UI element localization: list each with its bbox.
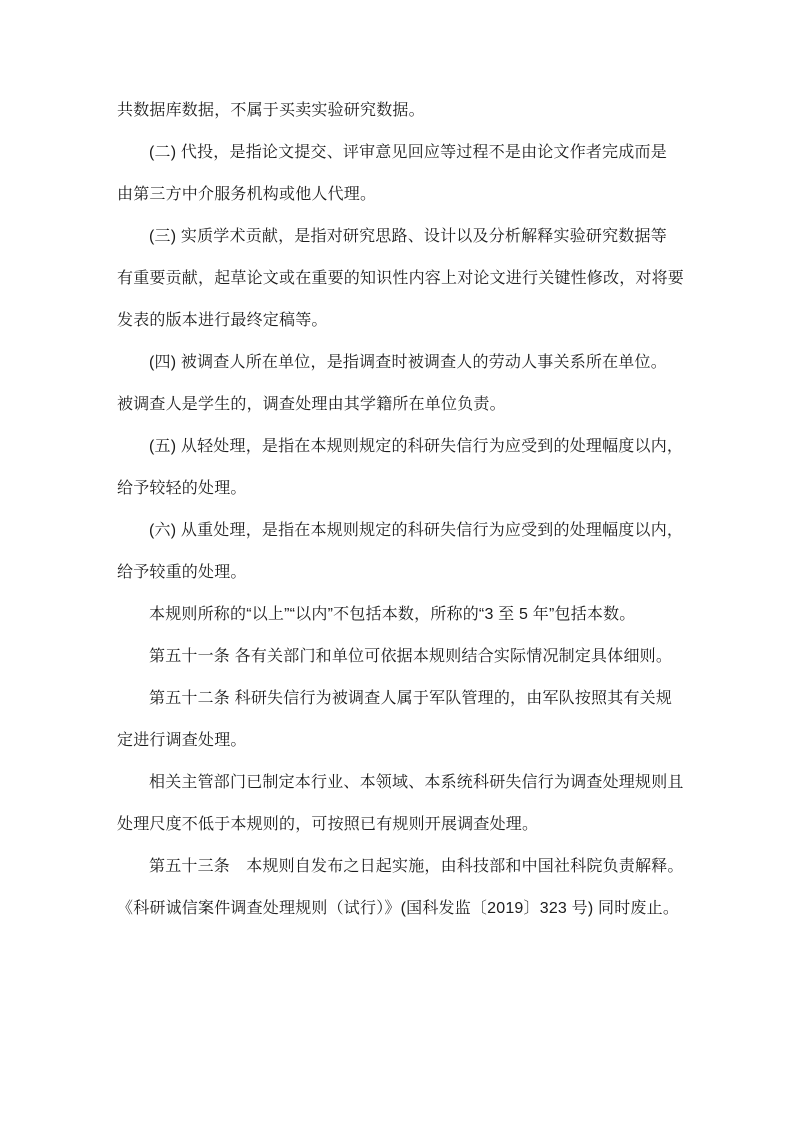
document-line: 处理尺度不低于本规则的，可按照已有规则开展调查处理。	[117, 804, 677, 846]
document-line: 相关主管部门已制定本行业、本领域、本系统科研失信行为调查处理规则且	[117, 762, 677, 804]
document-line: 第五十二条 科研失信行为被调查人属于军队管理的，由军队按照其有关规	[117, 678, 677, 720]
document-line: (五) 从轻处理，是指在本规则规定的科研失信行为应受到的处理幅度以内，	[117, 426, 677, 468]
document-line: 被调查人是学生的，调查处理由其学籍所在单位负责。	[117, 384, 677, 426]
document-line: (二) 代投，是指论文提交、评审意见回应等过程不是由论文作者完成而是	[117, 132, 677, 174]
document-line: 《科研诚信案件调查处理规则（试行）》(国科发监〔2019〕323 号) 同时废止…	[117, 888, 677, 930]
document-line: 第五十一条 各有关部门和单位可依据本规则结合实际情况制定具体细则。	[117, 636, 677, 678]
document-line: 共数据库数据，不属于买卖实验研究数据。	[117, 90, 677, 132]
document-line: (四) 被调查人所在单位，是指调查时被调查人的劳动人事关系所在单位。	[117, 342, 677, 384]
document-line: (三) 实质学术贡献，是指对研究思路、设计以及分析解释实验研究数据等	[117, 216, 677, 258]
document-line: 给予较重的处理。	[117, 552, 677, 594]
document-line: 发表的版本进行最终定稿等。	[117, 300, 677, 342]
document-line: 给予较轻的处理。	[117, 468, 677, 510]
document-line: 本规则所称的“以上”“以内”不包括本数，所称的“3 至 5 年”包括本数。	[117, 594, 677, 636]
document-line: 第五十三条 本规则自发布之日起实施，由科技部和中国社科院负责解释。	[117, 846, 677, 888]
document-page: 共数据库数据，不属于买卖实验研究数据。 (二) 代投，是指论文提交、评审意见回应…	[0, 0, 793, 1122]
document-line: 由第三方中介服务机构或他人代理。	[117, 174, 677, 216]
document-line: 定进行调查处理。	[117, 720, 677, 762]
document-line: (六) 从重处理，是指在本规则规定的科研失信行为应受到的处理幅度以内，	[117, 510, 677, 552]
document-line: 有重要贡献，起草论文或在重要的知识性内容上对论文进行关键性修改，对将要	[117, 258, 677, 300]
